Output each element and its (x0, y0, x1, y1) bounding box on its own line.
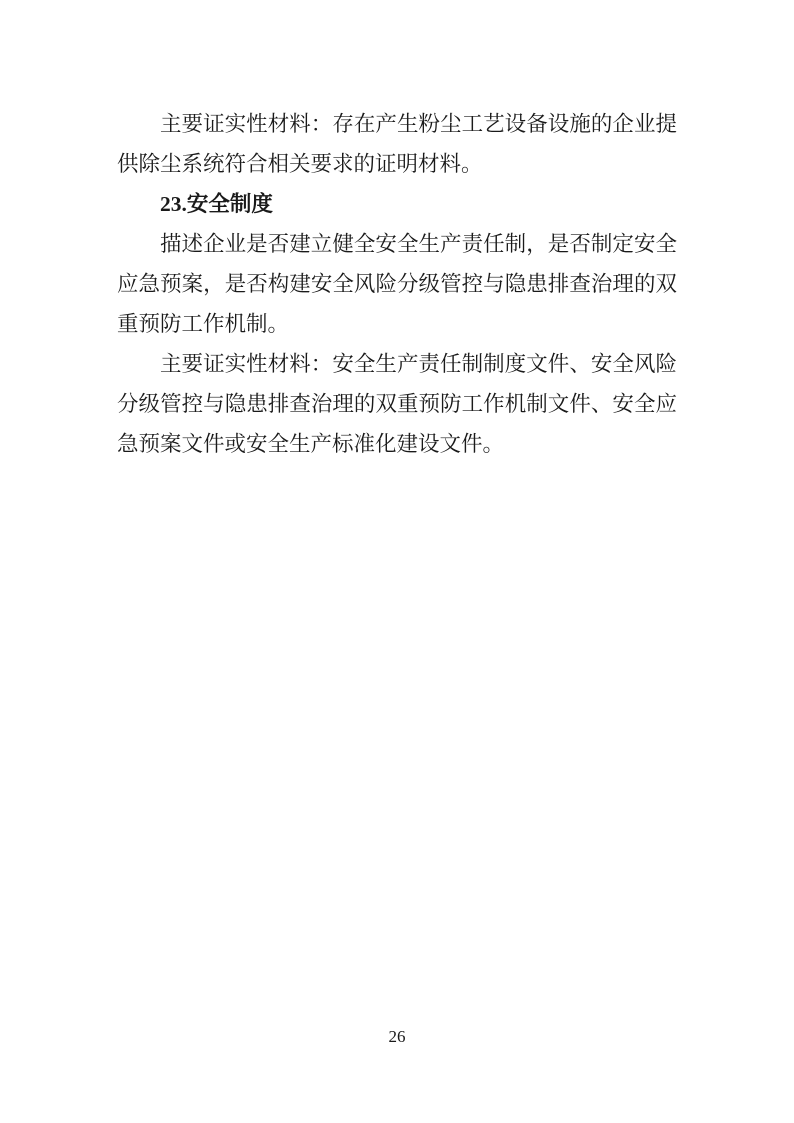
text-line: 描述企业是否建立健全安全生产责任制，是否制定安全 (117, 224, 677, 264)
paragraph: 主要证实性材料：安全生产责任制制度文件、安全风险 分级管控与隐患排查治理的双重预… (117, 344, 677, 464)
text-line: 重预防工作机制。 (117, 304, 677, 344)
section-heading: 23.安全制度 (117, 184, 677, 224)
page-number: 26 (0, 1026, 794, 1048)
text-line: 主要证实性材料：存在产生粉尘工艺设备设施的企业提 (117, 104, 677, 144)
text-line: 主要证实性材料：安全生产责任制制度文件、安全风险 (117, 344, 677, 384)
text-line: 急预案文件或安全生产标准化建设文件。 (117, 424, 677, 464)
paragraph: 描述企业是否建立健全安全生产责任制，是否制定安全 应急预案，是否构建安全风险分级… (117, 224, 677, 344)
paragraph: 主要证实性材料：存在产生粉尘工艺设备设施的企业提 供除尘系统符合相关要求的证明材… (117, 104, 677, 184)
text-line: 应急预案，是否构建安全风险分级管控与隐患排查治理的双 (117, 264, 677, 304)
document-page: 主要证实性材料：存在产生粉尘工艺设备设施的企业提 供除尘系统符合相关要求的证明材… (0, 0, 794, 1123)
text-line: 供除尘系统符合相关要求的证明材料。 (117, 144, 677, 184)
text-line: 分级管控与隐患排查治理的双重预防工作机制文件、安全应 (117, 384, 677, 424)
section: 23.安全制度 (117, 184, 677, 224)
document-body: 主要证实性材料：存在产生粉尘工艺设备设施的企业提 供除尘系统符合相关要求的证明材… (117, 104, 677, 464)
